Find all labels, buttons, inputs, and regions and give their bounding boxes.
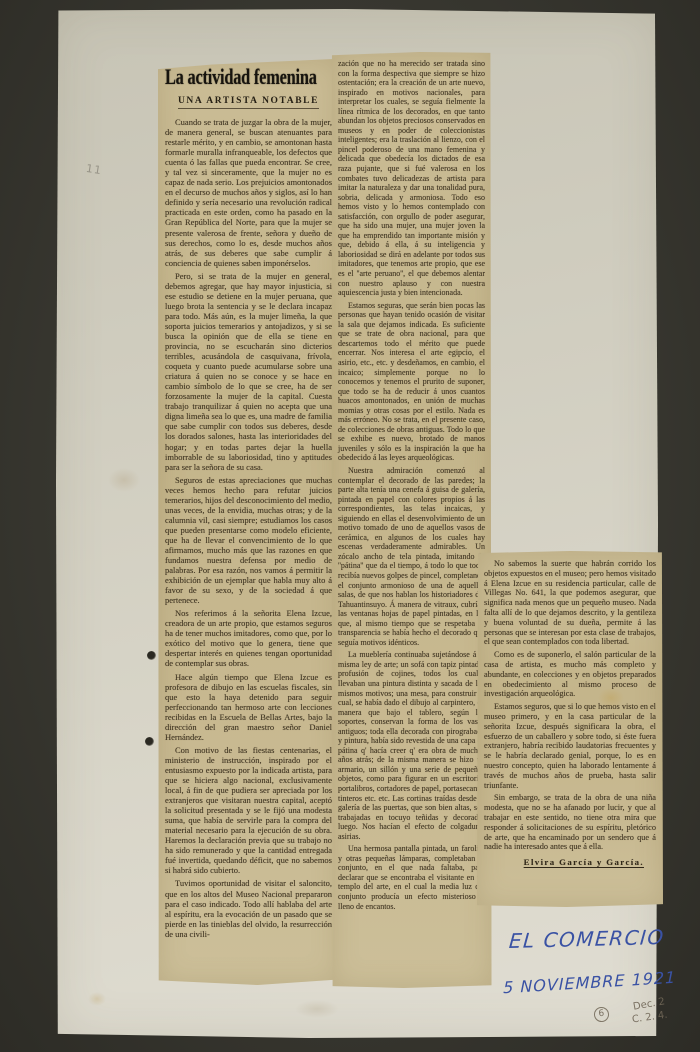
article-column-1: Cuando se trata de juzgar la obra de la …: [158, 117, 339, 948]
article-paragraph: Pero, si se trata de la mujer en general…: [165, 271, 332, 472]
punch-hole: [145, 737, 154, 746]
subheadline: UNA ARTISTA NOTABLE: [178, 96, 319, 109]
article-paragraph: Nos referimos á la señorita Elena Izcue,…: [165, 608, 332, 668]
article-paragraph: Como es de suponerlo, el salón particula…: [484, 650, 656, 699]
newspaper-clipping-column-1: La actividad femenina UNA ARTISTA NOTABL…: [158, 59, 339, 985]
article-paragraph: Estamos seguros, que si lo que hemos vis…: [484, 702, 656, 790]
article-paragraph: Una hermosa pantalla pintada, un farolit…: [338, 844, 485, 911]
newspaper-clipping-column-3: No sabemos la suerte que habrán corrido …: [477, 551, 663, 907]
handwritten-publication-name: EL COMERCIO: [508, 925, 666, 953]
article-paragraph: Nuestra admiración comenzó al contemplar…: [338, 466, 485, 647]
article-byline: Elvira García y García.: [484, 855, 656, 868]
article-paragraph: No sabemos la suerte que habrán corrido …: [484, 559, 656, 647]
punch-hole: [147, 651, 156, 660]
article-column-3: No sabemos la suerte que habrán corrido …: [477, 551, 663, 874]
newspaper-clipping-column-2: zación que no ha merecido ser tratada si…: [331, 52, 492, 988]
headline: La actividad femenina: [165, 66, 338, 91]
article-column-2: zación que no ha merecido ser tratada si…: [331, 52, 492, 920]
article-paragraph: Tuvimos oportunidad de visitar el salonc…: [165, 878, 332, 938]
article-paragraph: Cuando se trata de juzgar la obra de la …: [165, 117, 332, 268]
article-paragraph: zación que no ha merecido ser tratada si…: [338, 59, 485, 298]
pencil-margin-mark: 11: [85, 162, 103, 177]
article-paragraph: Con motivo de las fiestas centenarias, e…: [165, 745, 332, 876]
article-paragraph: La mueblería continuaba sujetándose á la…: [338, 650, 485, 841]
article-paragraph: Seguros de estas apreciaciones que mucha…: [165, 475, 332, 606]
article-paragraph: Sin embargo, se trata de la obra de una …: [484, 793, 656, 852]
article-paragraph: Estamos seguras, que serán bien pocas la…: [338, 301, 485, 463]
article-paragraph: Hace algún tiempo que Elena Izcue es pro…: [165, 672, 332, 742]
